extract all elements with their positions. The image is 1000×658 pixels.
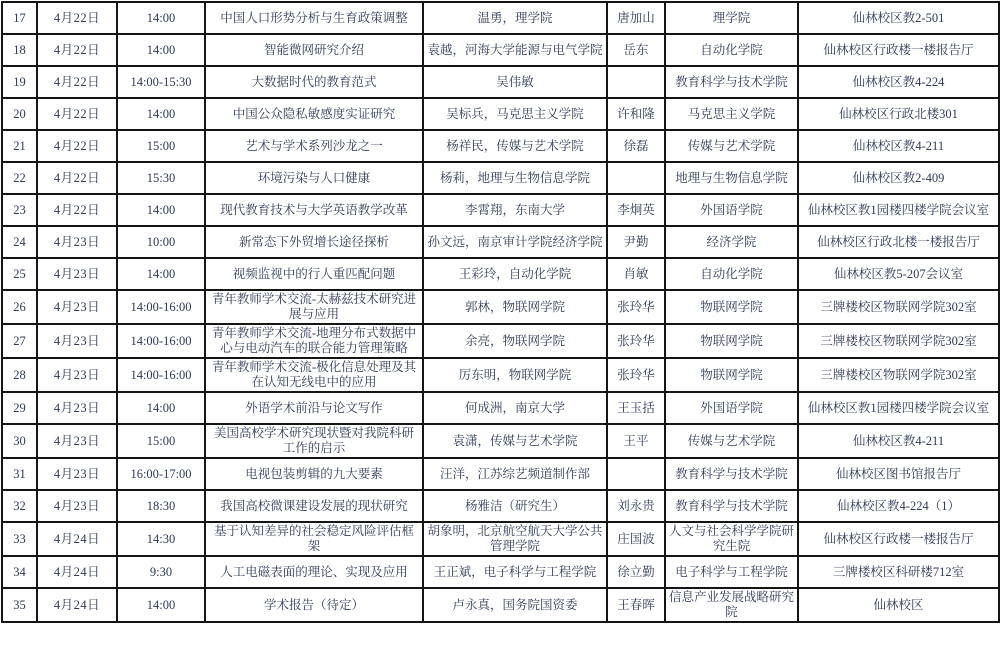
cell-title: 青年教师学术交流-地理分布式数据中心与电动汽车的联合能力管理策略: [205, 324, 423, 358]
cell-title: 环境污染与人口健康: [205, 162, 423, 194]
cell-speaker: 胡象明，北京航空航天大学公共管理学院: [423, 522, 607, 556]
cell-location: 仙林校区行政北楼301: [798, 98, 999, 130]
cell-row-number: 34: [2, 556, 37, 588]
cell-host: 徐磊: [607, 130, 665, 162]
lecture-schedule-table: 174月22日14:00中国人口形势分析与生育政策调整温勇，理学院唐加山理学院仙…: [1, 1, 1000, 623]
cell-speaker: 卢永真，国务院国资委: [423, 588, 607, 622]
table-row: 194月22日14:00-15:30大数据时代的教育范式吴伟敏教育科学与技术学院…: [2, 66, 999, 98]
cell-time: 14:00: [117, 258, 205, 290]
cell-time: 14:00: [117, 588, 205, 622]
cell-row-number: 20: [2, 98, 37, 130]
cell-time: 15:00: [117, 424, 205, 458]
cell-department: 物联网学院: [665, 290, 798, 324]
cell-date: 4月24日: [37, 556, 117, 588]
cell-title: 学术报告（待定）: [205, 588, 423, 622]
table-row: 244月23日10:00新常态下外贸增长途径探析孙文远，南京审计学院经济学院尹勤…: [2, 226, 999, 258]
table-row: 174月22日14:00中国人口形势分析与生育政策调整温勇，理学院唐加山理学院仙…: [2, 2, 999, 34]
cell-host: 王玉括: [607, 392, 665, 424]
cell-title: 中国人口形势分析与生育政策调整: [205, 2, 423, 34]
cell-time: 15:30: [117, 162, 205, 194]
cell-time: 16:00-17:00: [117, 458, 205, 490]
cell-location: 仙林校区教1园楼四楼学院会议室: [798, 392, 999, 424]
cell-date: 4月22日: [37, 162, 117, 194]
cell-date: 4月23日: [37, 424, 117, 458]
cell-department: 电子科学与工程学院: [665, 556, 798, 588]
cell-title: 智能微网研究介绍: [205, 34, 423, 66]
cell-time: 14:00: [117, 98, 205, 130]
cell-row-number: 24: [2, 226, 37, 258]
cell-time: 10:00: [117, 226, 205, 258]
cell-title: 人工电磁表面的理论、实现及应用: [205, 556, 423, 588]
table-row: 184月22日14:00智能微网研究介绍袁越，河海大学能源与电气学院岳东自动化学…: [2, 34, 999, 66]
cell-title: 视频监视中的行人重匹配问题: [205, 258, 423, 290]
cell-title: 现代教育技术与大学英语教学改革: [205, 194, 423, 226]
cell-department: 经济学院: [665, 226, 798, 258]
cell-speaker: 李霄翔，东南大学: [423, 194, 607, 226]
cell-row-number: 31: [2, 458, 37, 490]
cell-speaker: 孙文远，南京审计学院经济学院: [423, 226, 607, 258]
cell-row-number: 32: [2, 490, 37, 522]
cell-location: 仙林校区: [798, 588, 999, 622]
cell-department: 教育科学与技术学院: [665, 458, 798, 490]
cell-location: 仙林校区教2-409: [798, 162, 999, 194]
cell-row-number: 29: [2, 392, 37, 424]
cell-date: 4月23日: [37, 358, 117, 392]
cell-location: 仙林校区教4-224（1）: [798, 490, 999, 522]
cell-location: 仙林校区教4-224: [798, 66, 999, 98]
cell-host: 李炯英: [607, 194, 665, 226]
table-row: 304月23日15:00美国高校学术研究现状暨对我院科研工作的启示袁潇，传媒与艺…: [2, 424, 999, 458]
cell-location: 三牌楼校区物联网学院302室: [798, 324, 999, 358]
cell-row-number: 22: [2, 162, 37, 194]
cell-row-number: 18: [2, 34, 37, 66]
cell-department: 教育科学与技术学院: [665, 490, 798, 522]
cell-time: 14:00: [117, 34, 205, 66]
cell-department: 教育科学与技术学院: [665, 66, 798, 98]
cell-time: 14:00-16:00: [117, 290, 205, 324]
cell-date: 4月22日: [37, 34, 117, 66]
cell-title: 青年教师学术交流-极化信息处理及其在认知无线电中的应用: [205, 358, 423, 392]
cell-time: 9:30: [117, 556, 205, 588]
table-row: 214月22日15:00艺术与学术系列沙龙之一杨祥民，传媒与艺术学院徐磊传媒与艺…: [2, 130, 999, 162]
cell-location: 三牌楼校区物联网学院302室: [798, 290, 999, 324]
cell-host: 尹勤: [607, 226, 665, 258]
cell-time: 14:00: [117, 2, 205, 34]
cell-location: 三牌楼校区科研楼712室: [798, 556, 999, 588]
cell-date: 4月23日: [37, 226, 117, 258]
cell-host: 岳东: [607, 34, 665, 66]
cell-row-number: 27: [2, 324, 37, 358]
cell-department: 人文与社会科学学院研究生院: [665, 522, 798, 556]
cell-speaker: 王正斌，电子科学与工程学院: [423, 556, 607, 588]
cell-time: 14:00-16:00: [117, 358, 205, 392]
cell-location: 仙林校区教4-211: [798, 130, 999, 162]
cell-department: 外国语学院: [665, 392, 798, 424]
cell-department: 外国语学院: [665, 194, 798, 226]
table-row: 284月23日14:00-16:00青年教师学术交流-极化信息处理及其在认知无线…: [2, 358, 999, 392]
cell-time: 18:30: [117, 490, 205, 522]
cell-speaker: 何成洲，南京大学: [423, 392, 607, 424]
cell-host: [607, 66, 665, 98]
lecture-schedule-page: 174月22日14:00中国人口形势分析与生育政策调整温勇，理学院唐加山理学院仙…: [0, 0, 1000, 624]
cell-speaker: 杨雅洁（研究生）: [423, 490, 607, 522]
cell-location: 仙林校区行政楼一楼报告厅: [798, 34, 999, 66]
cell-location: 仙林校区行政北楼一楼报告厅: [798, 226, 999, 258]
cell-speaker: 郭林，物联网学院: [423, 290, 607, 324]
cell-speaker: 袁越，河海大学能源与电气学院: [423, 34, 607, 66]
cell-title: 基于认知差异的社会稳定风险评估框架: [205, 522, 423, 556]
cell-title: 大数据时代的教育范式: [205, 66, 423, 98]
cell-title: 电视包装剪辑的九大要素: [205, 458, 423, 490]
cell-time: 14:00-15:30: [117, 66, 205, 98]
table-row: 344月24日9:30人工电磁表面的理论、实现及应用王正斌，电子科学与工程学院徐…: [2, 556, 999, 588]
cell-speaker: 吴标兵，马克思主义学院: [423, 98, 607, 130]
cell-date: 4月22日: [37, 2, 117, 34]
cell-date: 4月23日: [37, 392, 117, 424]
cell-department: 传媒与艺术学院: [665, 130, 798, 162]
cell-host: 徐立勤: [607, 556, 665, 588]
cell-speaker: 厉东明，物联网学院: [423, 358, 607, 392]
cell-row-number: 25: [2, 258, 37, 290]
cell-time: 14:30: [117, 522, 205, 556]
cell-title: 我国高校微课建设发展的现状研究: [205, 490, 423, 522]
cell-date: 4月24日: [37, 522, 117, 556]
cell-speaker: 王彩玲，自动化学院: [423, 258, 607, 290]
cell-speaker: 袁潇，传媒与艺术学院: [423, 424, 607, 458]
table-row: 354月24日14:00学术报告（待定）卢永真，国务院国资委王春晖信息产业发展战…: [2, 588, 999, 622]
cell-time: 14:00: [117, 194, 205, 226]
cell-row-number: 21: [2, 130, 37, 162]
cell-host: 肖敏: [607, 258, 665, 290]
cell-row-number: 17: [2, 2, 37, 34]
cell-title: 美国高校学术研究现状暨对我院科研工作的启示: [205, 424, 423, 458]
cell-time: 15:00: [117, 130, 205, 162]
cell-location: 仙林校区行政楼一楼报告厅: [798, 522, 999, 556]
table-row: 234月22日14:00现代教育技术与大学英语教学改革李霄翔，东南大学李炯英外国…: [2, 194, 999, 226]
cell-speaker: 杨莉，地理与生物信息学院: [423, 162, 607, 194]
schedule-table-body: 174月22日14:00中国人口形势分析与生育政策调整温勇，理学院唐加山理学院仙…: [2, 2, 999, 622]
table-row: 334月24日14:30基于认知差异的社会稳定风险评估框架胡象明，北京航空航天大…: [2, 522, 999, 556]
cell-speaker: 温勇，理学院: [423, 2, 607, 34]
cell-row-number: 33: [2, 522, 37, 556]
cell-speaker: 杨祥民，传媒与艺术学院: [423, 130, 607, 162]
table-row: 204月22日14:00中国公众隐私敏感度实证研究吴标兵，马克思主义学院许和隆马…: [2, 98, 999, 130]
cell-date: 4月24日: [37, 588, 117, 622]
cell-location: 仙林校区教5-207会议室: [798, 258, 999, 290]
cell-row-number: 23: [2, 194, 37, 226]
cell-host: 庄国波: [607, 522, 665, 556]
cell-title: 中国公众隐私敏感度实证研究: [205, 98, 423, 130]
cell-location: 三牌楼校区物联网学院302室: [798, 358, 999, 392]
cell-time: 14:00-16:00: [117, 324, 205, 358]
cell-department: 物联网学院: [665, 324, 798, 358]
table-row: 254月23日14:00视频监视中的行人重匹配问题王彩玲，自动化学院肖敏自动化学…: [2, 258, 999, 290]
cell-speaker: 吴伟敏: [423, 66, 607, 98]
cell-row-number: 28: [2, 358, 37, 392]
table-row: 294月23日14:00外语学术前沿与论文写作何成洲，南京大学王玉括外国语学院仙…: [2, 392, 999, 424]
cell-department: 地理与生物信息学院: [665, 162, 798, 194]
cell-host: 张玲华: [607, 358, 665, 392]
cell-date: 4月23日: [37, 324, 117, 358]
cell-host: 王春晖: [607, 588, 665, 622]
cell-title: 新常态下外贸增长途径探析: [205, 226, 423, 258]
cell-location: 仙林校区教2-501: [798, 2, 999, 34]
table-row: 224月22日15:30环境污染与人口健康杨莉，地理与生物信息学院地理与生物信息…: [2, 162, 999, 194]
table-row: 324月23日18:30我国高校微课建设发展的现状研究杨雅洁（研究生）刘永贵教育…: [2, 490, 999, 522]
cell-host: [607, 162, 665, 194]
cell-row-number: 26: [2, 290, 37, 324]
cell-date: 4月22日: [37, 130, 117, 162]
cell-location: 仙林校区图书馆报告厅: [798, 458, 999, 490]
cell-host: [607, 458, 665, 490]
cell-title: 青年教师学术交流-太赫兹技术研究进展与应用: [205, 290, 423, 324]
cell-department: 马克思主义学院: [665, 98, 798, 130]
cell-title: 艺术与学术系列沙龙之一: [205, 130, 423, 162]
cell-date: 4月22日: [37, 66, 117, 98]
cell-speaker: 余亮，物联网学院: [423, 324, 607, 358]
cell-row-number: 19: [2, 66, 37, 98]
cell-host: 张玲华: [607, 290, 665, 324]
cell-department: 物联网学院: [665, 358, 798, 392]
cell-host: 王平: [607, 424, 665, 458]
cell-host: 许和隆: [607, 98, 665, 130]
cell-date: 4月23日: [37, 458, 117, 490]
cell-time: 14:00: [117, 392, 205, 424]
cell-department: 自动化学院: [665, 34, 798, 66]
cell-department: 自动化学院: [665, 258, 798, 290]
table-row: 264月23日14:00-16:00青年教师学术交流-太赫兹技术研究进展与应用郭…: [2, 290, 999, 324]
cell-department: 信息产业发展战略研究院: [665, 588, 798, 622]
cell-location: 仙林校区教1园楼四楼学院会议室: [798, 194, 999, 226]
cell-row-number: 35: [2, 588, 37, 622]
cell-date: 4月23日: [37, 290, 117, 324]
cell-title: 外语学术前沿与论文写作: [205, 392, 423, 424]
cell-date: 4月22日: [37, 194, 117, 226]
cell-host: 刘永贵: [607, 490, 665, 522]
cell-row-number: 30: [2, 424, 37, 458]
cell-department: 传媒与艺术学院: [665, 424, 798, 458]
cell-speaker: 汪洋，江苏综艺频道制作部: [423, 458, 607, 490]
cell-location: 仙林校区教4-211: [798, 424, 999, 458]
cell-date: 4月22日: [37, 98, 117, 130]
table-row: 314月23日16:00-17:00电视包装剪辑的九大要素汪洋，江苏综艺频道制作…: [2, 458, 999, 490]
table-row: 274月23日14:00-16:00青年教师学术交流-地理分布式数据中心与电动汽…: [2, 324, 999, 358]
cell-department: 理学院: [665, 2, 798, 34]
cell-date: 4月23日: [37, 490, 117, 522]
cell-date: 4月23日: [37, 258, 117, 290]
cell-host: 唐加山: [607, 2, 665, 34]
cell-host: 张玲华: [607, 324, 665, 358]
